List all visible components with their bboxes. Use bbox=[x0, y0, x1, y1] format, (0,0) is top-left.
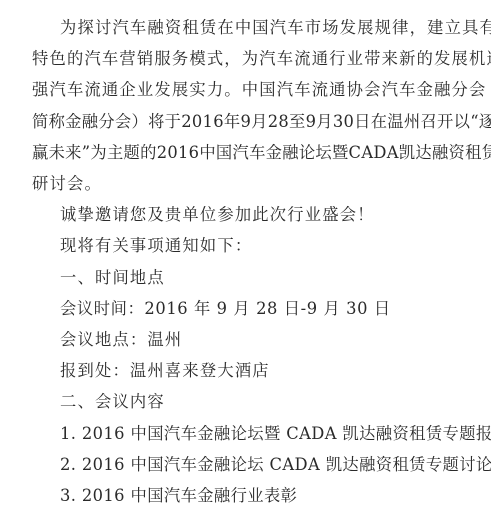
content-item: 3. 2016 中国汽车金融行业表彰 bbox=[60, 480, 297, 510]
paragraph-line: 特色的汽车营销服务模式，为汽车流通行业带来新的发展机遇，增 bbox=[32, 43, 462, 74]
paragraph-line: 赢未来”为主题的2016中国汽车金融论坛暨CADA凯达融资租赁专题 bbox=[32, 137, 462, 168]
notice-intro: 现将有关事项通知如下： bbox=[60, 230, 252, 261]
paragraph-line: 强汽车流通企业发展实力。中国汽车流通协会汽车金融分会（以下 bbox=[32, 74, 462, 105]
section-heading-time-location: 一、时间地点 bbox=[60, 262, 165, 293]
registration-location: 报到处：温州喜来登大酒店 bbox=[60, 355, 270, 386]
content-item: 2. 2016 中国汽车金融论坛 CADA 凯达融资租赁专题讨论 bbox=[60, 449, 491, 480]
paragraph-line: 简称金融分会）将于2016年9月28至9月30日在温州召开以“逐大势， bbox=[32, 106, 462, 137]
section-heading-content: 二、会议内容 bbox=[60, 386, 165, 417]
meeting-time: 会议时间：2016 年 9 月 28 日-9 月 30 日 bbox=[60, 293, 391, 324]
meeting-location: 会议地点：温州 bbox=[60, 324, 182, 355]
invitation-text: 诚挚邀请您及贵单位参加此次行业盛会！ bbox=[60, 199, 375, 230]
paragraph-line: 为探讨汽车融资租赁在中国汽车市场发展规律，建立具有中国 bbox=[60, 12, 462, 43]
paragraph-line: 研讨会。 bbox=[32, 168, 102, 199]
content-item: 1. 2016 中国汽车金融论坛暨 CADA 凯达融资租赁专题报告会 bbox=[60, 418, 491, 449]
